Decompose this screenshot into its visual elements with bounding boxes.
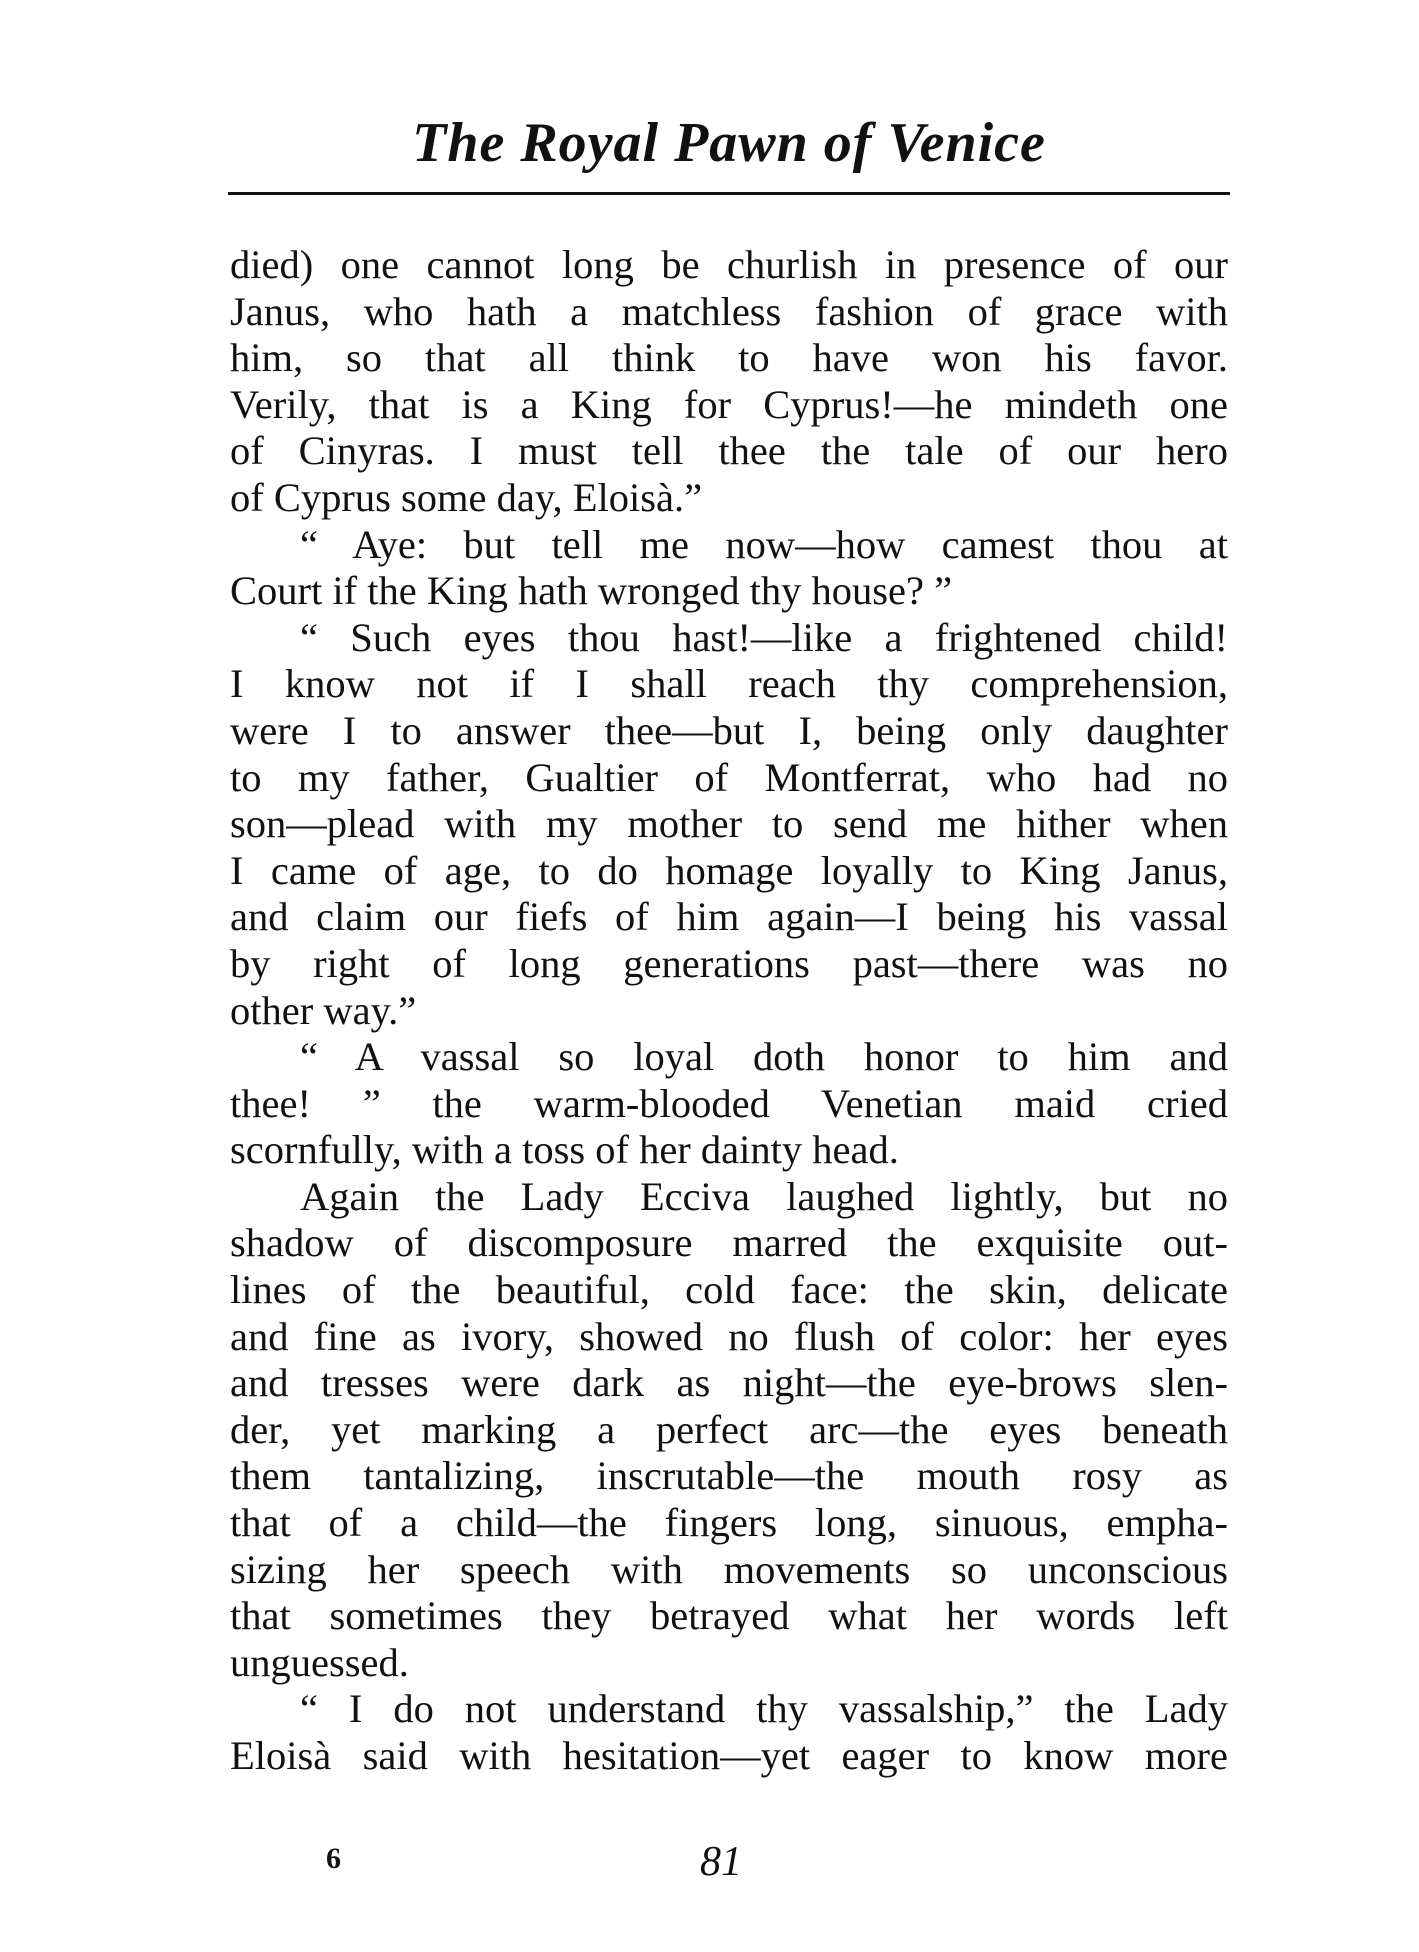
text-line: lines of the beautiful, cold face: the s…: [230, 1267, 1228, 1314]
text-line: died) one cannot long be churlish in pre…: [230, 242, 1228, 289]
text-line: “ Such eyes thou hast!—like a frightened…: [230, 615, 1228, 662]
text-line: “ Aye: but tell me now—how camest thou a…: [230, 522, 1228, 569]
text-line: and claim our fiefs of him again—I being…: [230, 894, 1228, 941]
text-line: thee! ” the warm-blooded Venetian maid c…: [230, 1081, 1228, 1128]
text-line: “ I do not understand thy vassalship,” t…: [230, 1686, 1228, 1733]
page-footer: 6 81: [0, 1838, 1419, 1898]
text-line: I know not if I shall reach thy comprehe…: [230, 661, 1228, 708]
header-rule: [228, 192, 1230, 195]
text-line: of Cyprus some day, Eloisà.”: [230, 475, 1228, 522]
text-line: unguessed.: [230, 1640, 1228, 1687]
text-line: Court if the King hath wronged thy house…: [230, 568, 1228, 615]
page-number: 81: [700, 1838, 742, 1886]
text-line: other way.”: [230, 988, 1228, 1035]
text-line: scornfully, with a toss of her dainty he…: [230, 1127, 1228, 1174]
text-line: of Cinyras. I must tell thee the tale of…: [230, 428, 1228, 475]
text-line: I came of age, to do homage loyally to K…: [230, 848, 1228, 895]
text-line: Eloisà said with hesitation—yet eager to…: [230, 1733, 1228, 1780]
text-line: and fine as ivory, showed no flush of co…: [230, 1314, 1228, 1361]
signature-mark: 6: [326, 1842, 341, 1876]
text-line: him, so that all think to have won his f…: [230, 335, 1228, 382]
text-line: son—plead with my mother to send me hith…: [230, 801, 1228, 848]
text-line: Verily, that is a King for Cyprus!—he mi…: [230, 382, 1228, 429]
text-line: that sometimes they betrayed what her wo…: [230, 1593, 1228, 1640]
text-line: by right of long generations past—there …: [230, 941, 1228, 988]
text-line: shadow of discomposure marred the exquis…: [230, 1220, 1228, 1267]
text-line: them tantalizing, inscrutable—the mouth …: [230, 1453, 1228, 1500]
running-head-title: The Royal Pawn of Venice: [228, 108, 1230, 178]
text-line: der, yet marking a perfect arc—the eyes …: [230, 1407, 1228, 1454]
text-line: were I to answer thee—but I, being only …: [230, 708, 1228, 755]
text-line: that of a child—the fingers long, sinuou…: [230, 1500, 1228, 1547]
text-line: sizing her speech with movements so unco…: [230, 1547, 1228, 1594]
text-line: and tresses were dark as night—the eye-b…: [230, 1360, 1228, 1407]
text-line: “ A vassal so loyal doth honor to him an…: [230, 1034, 1228, 1081]
book-page: The Royal Pawn of Venice died) one canno…: [0, 0, 1419, 1952]
text-line: Again the Lady Ecciva laughed lightly, b…: [230, 1174, 1228, 1221]
text-line: to my father, Gualtier of Montferrat, wh…: [230, 755, 1228, 802]
body-text: died) one cannot long be churlish in pre…: [230, 242, 1228, 1780]
text-line: Janus, who hath a matchless fashion of g…: [230, 289, 1228, 336]
